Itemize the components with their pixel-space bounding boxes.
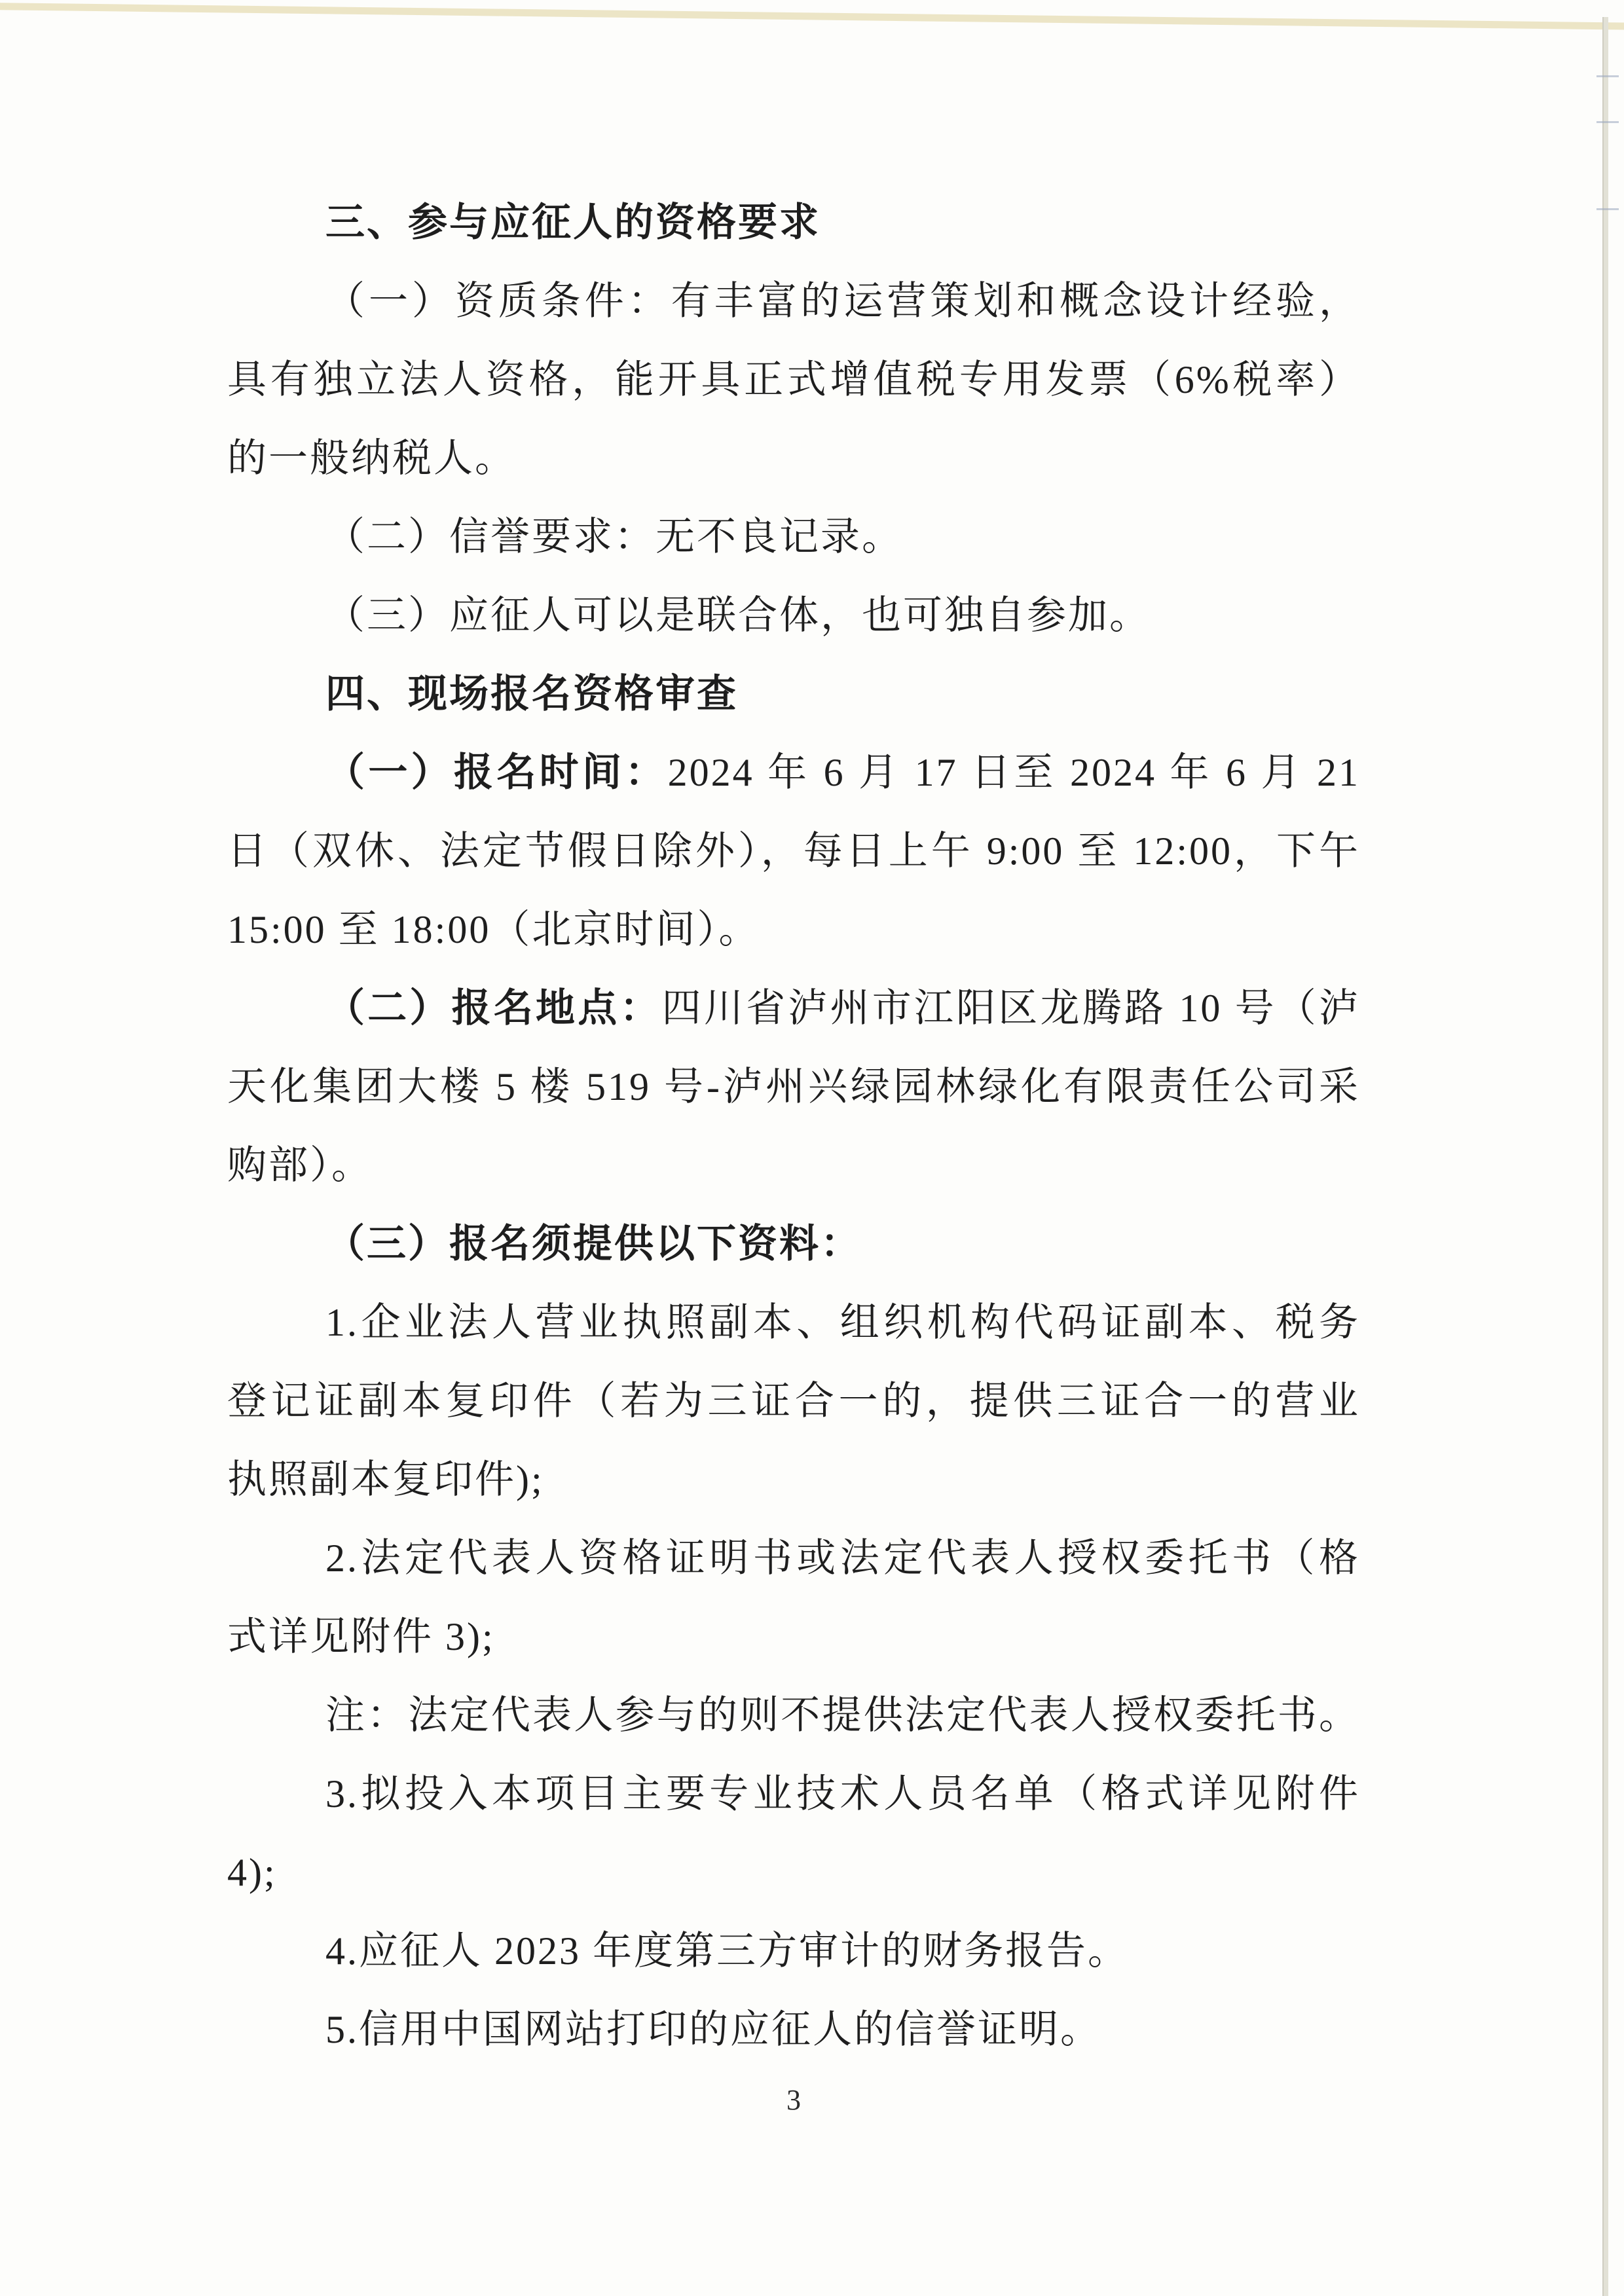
text-line: 的一般纳税人。 [227,419,1360,498]
text-segment: 1.企业法人营业执照副本、组织机构代码证副本、税务 [325,1301,1360,1344]
text-line: （一）报名时间：2024 年 6 月 17 日至 2024 年 6 月 21 [227,733,1360,812]
text-segment: （三）报名须提供以下资料： [325,1222,862,1266]
text-segment: （一）资质条件：有丰富的运营策划和概念设计经验， [325,280,1360,323]
text-segment: 3.拟投入本项目主要专业技术人员名单（格式详见附件 [325,1772,1360,1815]
document-body: 三、参与应征人的资格要求（一）资质条件：有丰富的运营策划和概念设计经验，具有独立… [227,183,1360,2069]
text-segment: 具有独立法人资格，能开具正式增值税专用发票（6%税率） [227,358,1360,401]
text-segment: 三、参与应征人的资格要求 [325,201,821,244]
scan-tick-artifact [1596,75,1619,77]
text-segment: 4); [227,1851,277,1894]
text-segment: 执照副本复印件); [227,1458,544,1501]
text-line: 式详见附件 3); [227,1597,1360,1676]
text-line: 3.拟投入本项目主要专业技术人员名单（格式详见附件 [227,1755,1360,1833]
text-segment: 的一般纳税人。 [227,437,516,480]
text-line: 具有独立法人资格，能开具正式增值税专用发票（6%税率） [227,340,1360,419]
page-number: 3 [227,2074,1360,2126]
text-segment: 四川省泸州市江阳区龙腾路 10 号（泸 [662,987,1360,1030]
text-segment: 2024 年 6 月 17 日至 2024 年 6 月 21 [668,751,1360,794]
text-line: 5.信用中国网站打印的应征人的信誉证明。 [227,1990,1360,2069]
text-line: 四、现场报名资格审查 [227,655,1360,733]
text-line: 购部）。 [227,1126,1360,1205]
text-line: （三）应征人可以是联合体，也可独自参加。 [227,576,1360,655]
text-segment: 15:00 至 18:00（北京时间）。 [227,908,760,951]
text-segment: 2.法定代表人资格证明书或法定代表人授权委托书（格 [325,1537,1360,1580]
text-line: 2.法定代表人资格证明书或法定代表人授权委托书（格 [227,1519,1360,1597]
text-line: （二）信誉要求：无不良记录。 [227,498,1360,576]
text-segment: （二）报名地点： [325,987,662,1030]
text-line: 日（双休、法定节假日除外），每日上午 9:00 至 12:00，下午 [227,812,1360,890]
scan-top-edge-artifact [0,3,1624,30]
text-segment: 四、现场报名资格审查 [325,672,738,716]
text-segment: （一）报名时间： [325,751,668,794]
text-line: 登记证副本复印件（若为三证合一的，提供三证合一的营业 [227,1362,1360,1440]
text-line: 4.应征人 2023 年度第三方审计的财务报告。 [227,1912,1360,1990]
text-line: （三）报名须提供以下资料： [227,1205,1360,1283]
text-line: 1.企业法人营业执照副本、组织机构代码证副本、税务 [227,1283,1360,1362]
text-line: 三、参与应征人的资格要求 [227,183,1360,262]
text-segment: 天化集团大楼 5 楼 519 号-泸州兴绿园林绿化有限责任公司采 [227,1065,1360,1108]
text-line: 15:00 至 18:00（北京时间）。 [227,890,1360,969]
text-segment: （三）应征人可以是联合体，也可独自参加。 [325,594,1151,637]
text-line: 执照副本复印件); [227,1440,1360,1519]
scan-tick-artifact [1596,121,1619,123]
scan-tick-artifact [1596,208,1619,210]
text-line: 天化集团大楼 5 楼 519 号-泸州兴绿园林绿化有限责任公司采 [227,1048,1360,1126]
text-segment: 购部）。 [227,1144,373,1187]
text-line: 注：法定代表人参与的则不提供法定代表人授权委托书。 [227,1676,1360,1755]
text-line: （二）报名地点：四川省泸州市江阳区龙腾路 10 号（泸 [227,969,1360,1048]
text-segment: 5.信用中国网站打印的应征人的信誉证明。 [325,2008,1101,2051]
text-segment: 式详见附件 3); [227,1615,495,1658]
text-segment: 登记证副本复印件（若为三证合一的，提供三证合一的营业 [227,1379,1360,1423]
scan-right-edge-artifact [1602,17,1608,2296]
text-segment: 日（双休、法定节假日除外），每日上午 9:00 至 12:00，下午 [227,829,1360,873]
text-segment: 4.应征人 2023 年度第三方审计的财务报告。 [325,1929,1129,1973]
text-line: 4); [227,1833,1360,1912]
text-line: （一）资质条件：有丰富的运营策划和概念设计经验， [227,262,1360,340]
document-page: 三、参与应征人的资格要求（一）资质条件：有丰富的运营策划和概念设计经验，具有独立… [0,0,1624,2296]
text-segment: 注：法定代表人参与的则不提供法定代表人授权委托书。 [325,1694,1360,1737]
text-segment: （二）信誉要求：无不良记录。 [325,515,903,558]
